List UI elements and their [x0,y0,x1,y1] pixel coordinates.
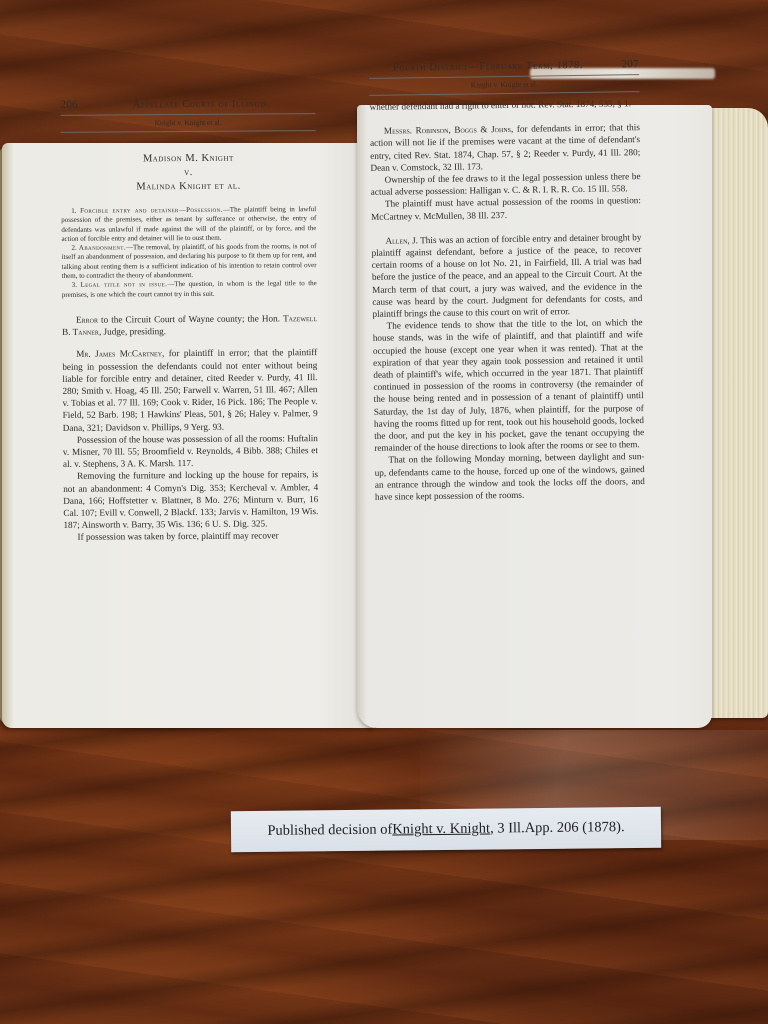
paragraph: If possession was taken by force, plaint… [63,530,318,544]
headnote: 2. Abandonment.—The removal, by plaintif… [61,242,316,281]
paragraph: The plaintiff must have actual possessio… [371,195,641,223]
paragraph: Possession of the house was possession o… [63,432,318,470]
case-title: Madison M. Knight v. Malinda Knight et a… [61,151,316,195]
paragraph: Removing the furniture and locking up th… [63,469,318,532]
running-subtitle: Knight v. Knight et al. [369,74,639,96]
counsel-paragraph: Mr. James McCartney, for plaintiff in er… [62,346,318,543]
paragraph: That on the following Monday morning, be… [374,451,645,504]
caption-suffix: , 3 Ill.App. 206 (1878). [490,819,625,837]
paragraph: The evidence tends to show that the titl… [373,316,645,454]
error-line: Error to the Circuit Court of Wayne coun… [62,312,317,338]
defendant-name: Malinda Knight et al. [61,179,316,195]
right-body: whether defendant had a right to enter o… [369,97,645,503]
right-page-content: Fourth District—February Term, 1878. 207… [369,58,645,503]
caption-case-name: Knight v. Knight [392,821,490,839]
right-running-head: Fourth District—February Term, 1878. 207 [369,58,639,74]
page-number: 207 [622,58,640,70]
headnote: 1. Forcible entry and detainer—Possessio… [61,205,316,244]
left-running-head: 206 Appellate Courts of Illinois. [60,97,315,111]
headnotes: 1. Forcible entry and detainer—Possessio… [61,205,317,300]
page-number: 206 [60,99,77,111]
paragraph: Ownership of the fee draws to it the leg… [370,170,640,198]
continuation: whether defendant had a right to enter o… [369,97,639,113]
running-title: Fourth District—February Term, 1878. [393,59,622,73]
opinion-paragraph: Allen, J. This was an action of forcible… [371,231,642,320]
left-page-content: 206 Appellate Courts of Illinois. Knight… [60,97,318,543]
headnote: 3. Legal title not in issue.—The questio… [62,279,317,299]
caption-card: Published decision of Knight v. Knight ,… [231,807,661,853]
running-title: Appellate Courts of Illinois. [88,98,316,111]
caption-prefix: Published decision of [267,822,392,840]
running-subtitle: Knight v. Knight et al. [61,113,316,133]
counsel-paragraph: Messrs. Robinson, Boggs & Johns, for def… [370,121,641,174]
